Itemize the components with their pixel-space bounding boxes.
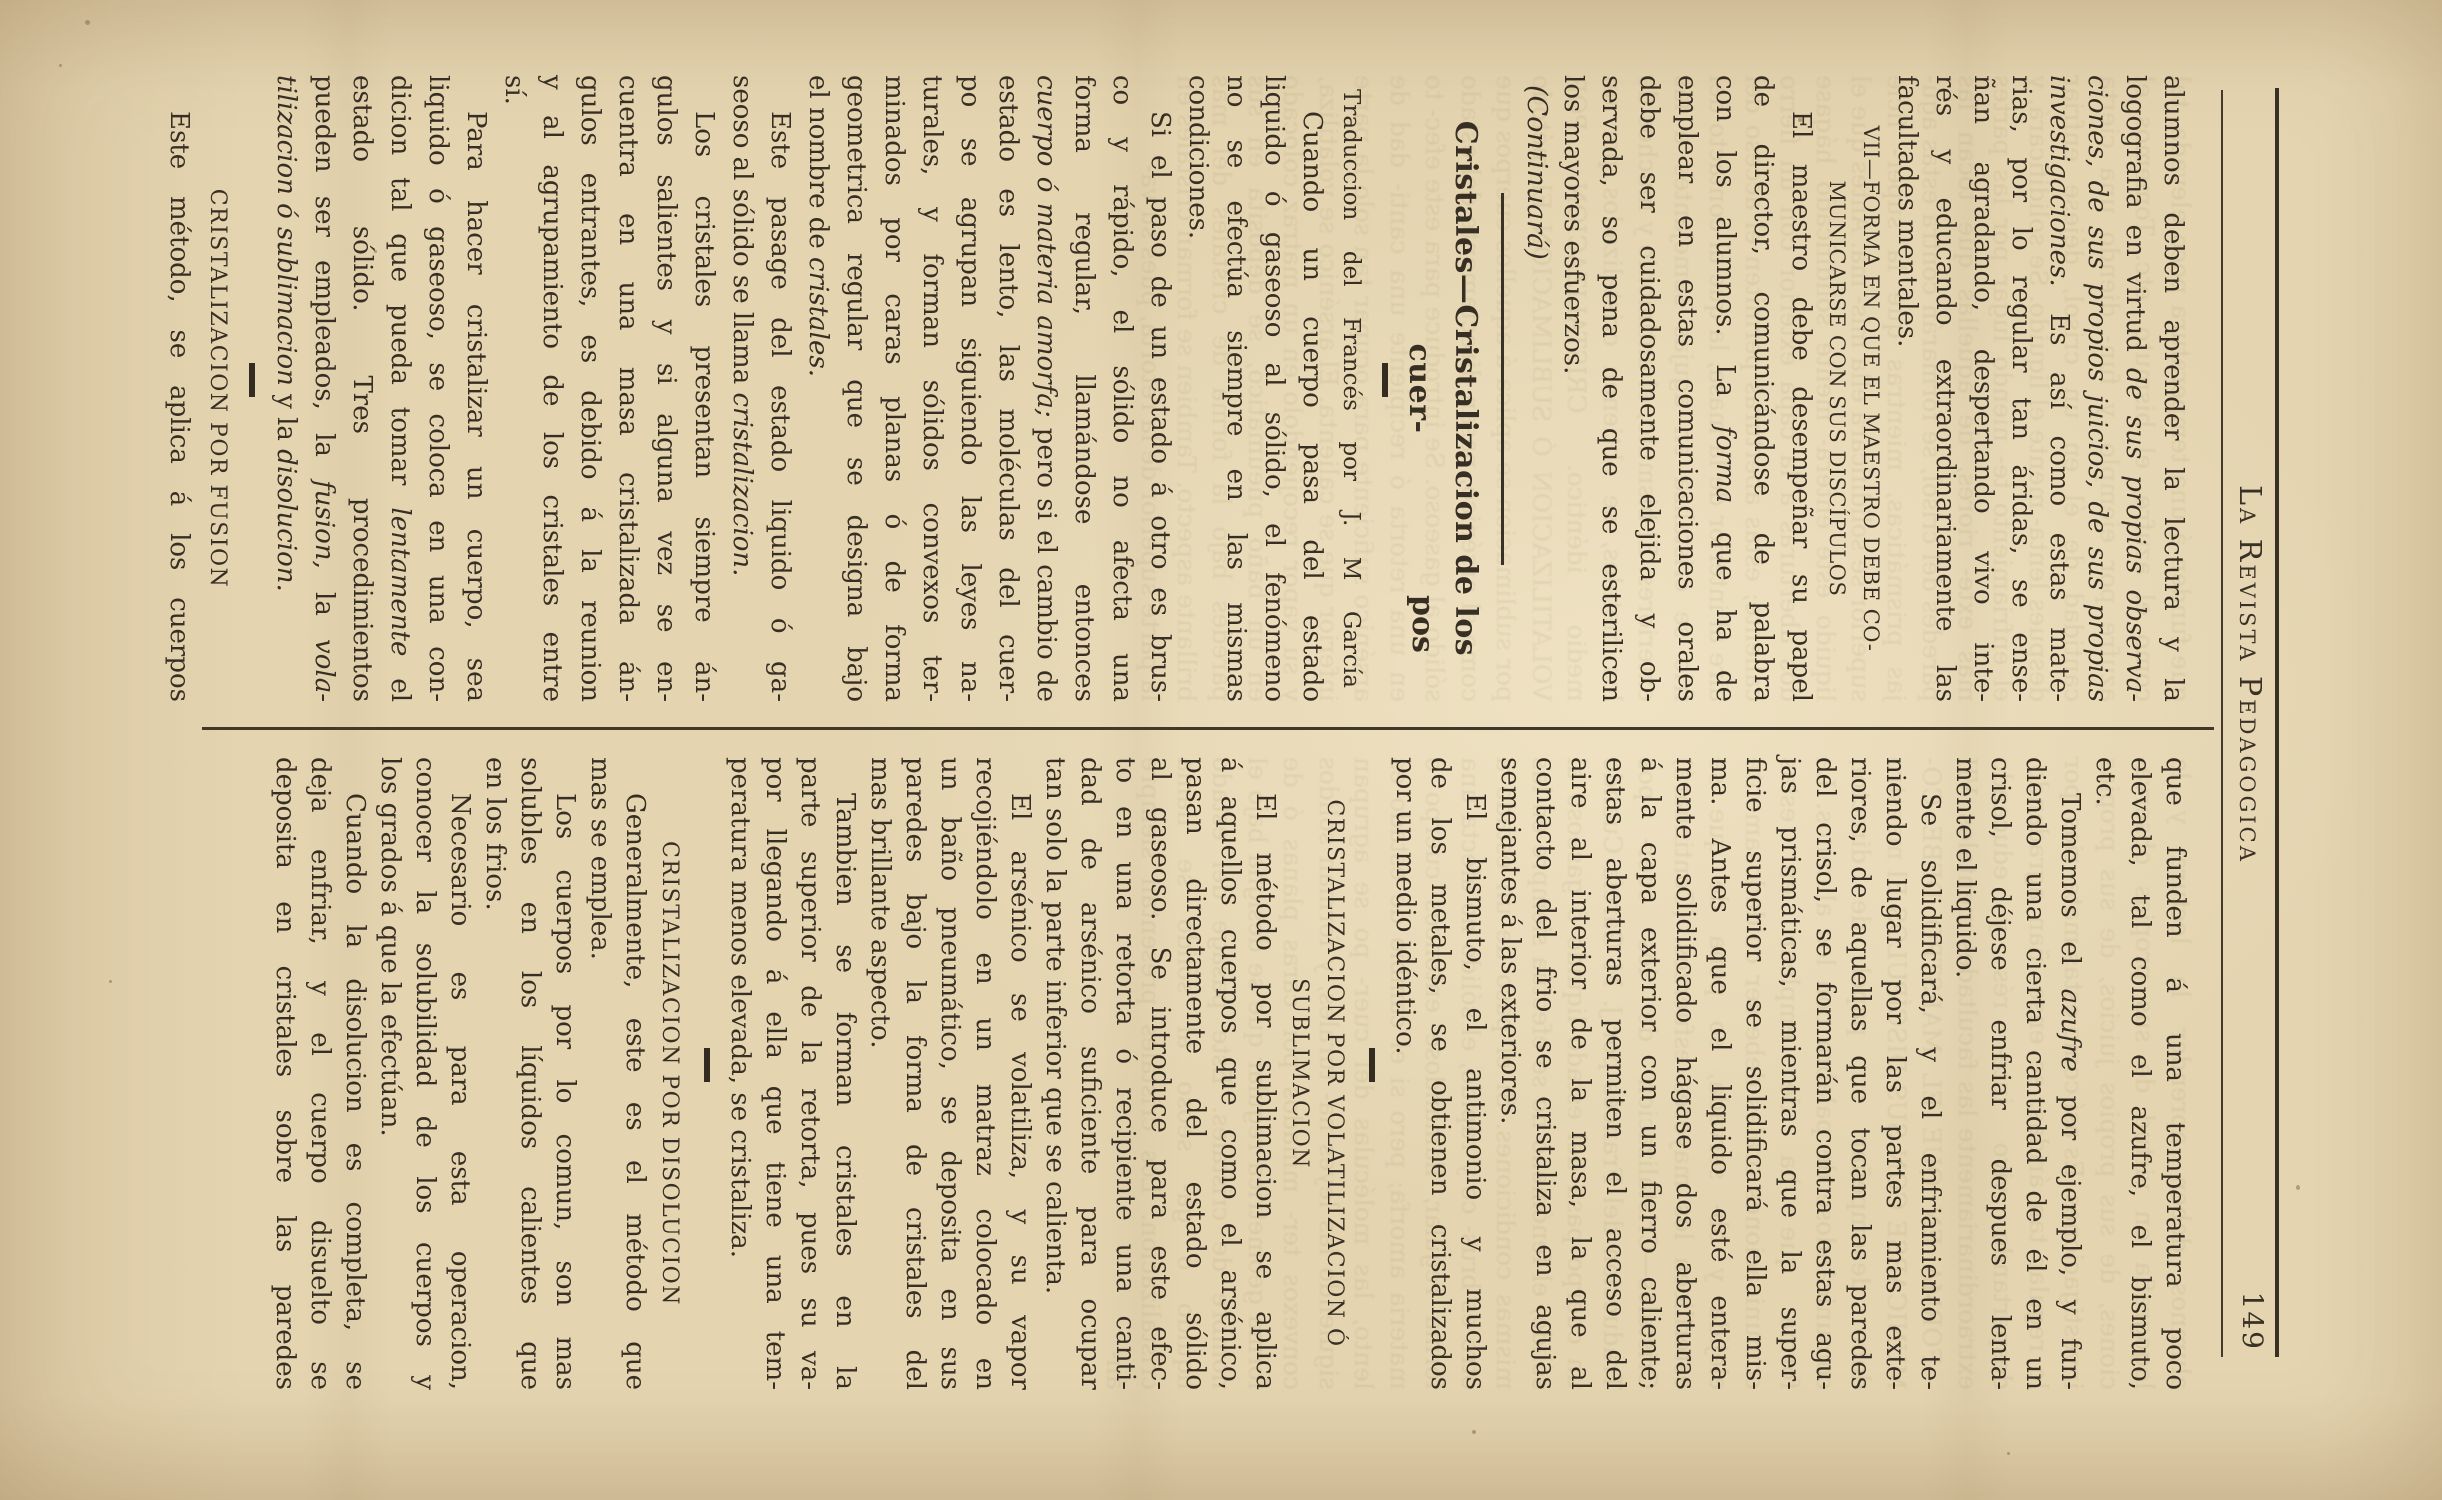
text-line: co y rápido, el sólido no afecta una — [1103, 75, 1141, 702]
section-dash — [1352, 757, 1387, 1390]
text-line: dad de arsénico suficiente para ocupar — [1072, 757, 1107, 1390]
text-line: Los cuerpos por lo comun, son mas — [547, 757, 582, 1390]
column-left: que funden á una temperatura poco elevad… — [160, 75, 2192, 702]
text-line: cuerpo ó materia amorfa; pero si el camb… — [1027, 75, 1065, 702]
text-line: deposita en cristales sobre las paredes — [267, 757, 302, 1390]
text-line: rias, por lo regular tan áridas, se ense… — [2002, 75, 2040, 702]
text-line: servada, so pena de que se esterilicen — [1592, 75, 1630, 702]
text-line: Generalmente, este es el método que — [617, 757, 652, 1390]
paper-speck — [1472, 1430, 1476, 1434]
section-dash — [687, 757, 722, 1390]
text-line: elevada, tal como el azufre, el bismuto, — [2122, 757, 2157, 1390]
paper-speck — [85, 20, 90, 25]
column-right: alumnos deben aprender la lectura y la l… — [267, 757, 2192, 1390]
text-line: en los frios. — [477, 757, 512, 1390]
text-line: niendo lugar por las partes mas exte- — [1877, 757, 1912, 1390]
section-dash-bar — [1382, 363, 1388, 397]
text-line: El método por sublimacion se aplica — [1247, 757, 1282, 1390]
text-line: dicion tal que pueda tomar lentamente el — [381, 75, 419, 702]
section-heading: CRISTALIZACION POR FUSION — [198, 75, 236, 702]
text-line: El maestro debe desempeñar su papel — [1782, 75, 1820, 702]
article-title: Cristales—Cristalizacion de los cuer- — [1440, 75, 1488, 702]
text-line: con los alumnos. La forma que ha de — [1706, 75, 1744, 702]
text-line: po se agrupan siguiendo las leyes na- — [951, 75, 989, 702]
text-line: alumnos deben aprender la lectura y la — [2154, 75, 2192, 702]
text-line: debe ser cuidadosamente elejida y ob- — [1630, 75, 1668, 702]
paper-speck — [109, 980, 112, 983]
text-line: aire al interior de la masa, la que al — [1562, 757, 1597, 1390]
text-line: Este pasage del estado liquido ó ga- — [761, 75, 799, 702]
scanned-journal-page: La Revista Pedagogica 149 que funden á u… — [0, 0, 2442, 1500]
separator-rule-bar — [1501, 193, 1504, 565]
text-line: jas prismáticas, mientras que la super- — [1772, 757, 1807, 1390]
text-line: Este método, se aplica á los cuerpos — [160, 75, 198, 702]
text-line: deja enfriar, y el cuerpo disuelto se — [302, 757, 337, 1390]
text-line: un baño pneumático, se deposita en sus — [932, 757, 967, 1390]
section-heading: VII—FORMA EN QUE EL MAESTRO DEBE CO- — [1854, 75, 1888, 702]
text-line: peratura menos elevada, se cristaliza. — [722, 757, 757, 1390]
text-line: facultades mentales. — [1888, 75, 1926, 702]
text-line: contacto del frio se cristaliza en aguja… — [1527, 757, 1562, 1390]
text-line: mente el liquido. — [1947, 757, 1982, 1390]
text-line: Tambien se forman cristales en la — [827, 757, 862, 1390]
text-line: el nombre de cristales. — [799, 75, 837, 702]
column-right-lines: que funden á una temperatura pocoelevada… — [267, 757, 2192, 1390]
journal-title: La Revista Pedagogica — [2233, 485, 2268, 864]
text-line: mas se emplea. — [582, 757, 617, 1390]
text-line: minados por caras planas ó de forma — [875, 75, 913, 702]
text-line: de director, comunicándose de palabra — [1744, 75, 1782, 702]
text-line: liquido ó gaseoso, se coloca en una con- — [419, 75, 457, 702]
text-line: ñan agradando, despertando vivo inte- — [1964, 75, 2002, 702]
text-line: pasan directamente del estado sólido — [1177, 757, 1212, 1390]
continuation-note: (Continuará) — [1518, 75, 1554, 702]
text-line: á la capa exterior con un fierro calient… — [1632, 757, 1667, 1390]
section-dash-bar — [249, 363, 255, 397]
text-line: los grados á que la efectúan. — [372, 757, 407, 1390]
text-line: y al agrupamiento de los cristales entre — [533, 75, 571, 702]
text-line: del crisol, se formarán contra estas agu… — [1807, 757, 1842, 1390]
text-line: tan solo la parte inferior que se calien… — [1037, 757, 1072, 1390]
text-line: que funden á una temperatura poco — [2157, 757, 2192, 1390]
text-line: parte superior de la retorta, pues su va… — [792, 757, 827, 1390]
text-line: Necesario es para esta operacion, — [442, 757, 477, 1390]
text-line: crisol, déjese enfriar despues lenta- — [1982, 757, 2017, 1390]
section-heading: CRISTALIZACION POR VOLATILIZACION Ó — [1317, 757, 1352, 1390]
text-line: conocer la solubilidad de los cuerpos y — [407, 757, 442, 1390]
text-line: Los cristales presentan siempre án- — [685, 75, 723, 702]
paper-speck — [59, 64, 62, 67]
text-line: no se efectúa siempre en las mismas — [1217, 75, 1255, 702]
text-line: liquido ó gaseoso al sólido, el fenómeno — [1255, 75, 1293, 702]
paper-speck — [2296, 1185, 2300, 1190]
text-line: Cuando un cuerpo pasa del estado — [1293, 75, 1331, 702]
text-line: paredes bajo la forma de cristales del — [897, 757, 932, 1390]
text-line: geometrica regular que se designa bajo — [837, 75, 875, 702]
text-line: tilizacion ó sublimacion y la disolucion… — [267, 75, 305, 702]
column-left-lines: alumnos deben aprender la lectura y lalo… — [160, 75, 2192, 702]
text-line: al gaseoso. Se introduce para este efec- — [1142, 757, 1177, 1390]
separator-rule — [1488, 75, 1518, 702]
text-line: investigaciones. Es así como estas mate- — [2040, 75, 2078, 702]
text-line: riores, de aquellas que tocan las parede… — [1842, 757, 1877, 1390]
text-line: de los metales, se obtienen cristalizado… — [1422, 757, 1457, 1390]
running-head-rule-top — [2275, 88, 2279, 1357]
text-line: seoso al sólido se llama cristalizacion. — [723, 75, 761, 702]
section-heading: SUBLIMACION — [1282, 757, 1317, 1390]
text-line: gulos salientes y si alguna vez se en- — [647, 75, 685, 702]
text-line: Si el paso de un estado á otro es brus- — [1141, 75, 1179, 702]
text-line: El bismuto, el antimonio y muchos — [1457, 757, 1492, 1390]
text-line: mas brillante aspecto. — [862, 757, 897, 1390]
paper-speck — [2007, 1452, 2010, 1455]
text-line: diendo una cierta cantidad de él en un — [2017, 757, 2052, 1390]
text-line: gulos entrantes, es debido á la reunion — [571, 75, 609, 702]
text-line: Para hacer cristalizar un cuerpo, sea — [457, 75, 495, 702]
text-line: ficie superior se solidificará ella mis- — [1737, 757, 1772, 1390]
text-line: Tomemos el azufre por ejemplo, y fun- — [2052, 757, 2087, 1390]
text-line: mente solidificado hágase dos aberturas — [1667, 757, 1702, 1390]
text-line: pueden ser empleados, la fusion, la vola… — [305, 75, 343, 702]
page-number: 149 — [2236, 1292, 2269, 1351]
text-line: emplear en estas comunicaciones orales — [1668, 75, 1706, 702]
text-line: estas aberturas permiten el acceso del — [1597, 757, 1632, 1390]
text-line: Se solidificará, y el enfriamiento te- — [1912, 757, 1947, 1390]
text-line: El arsénico se volatiliza, y su vapor — [1002, 757, 1037, 1390]
section-dash — [236, 75, 267, 702]
text-line: solubles en los líquidos calientes que — [512, 757, 547, 1390]
running-head: La Revista Pedagogica 149 — [2225, 88, 2275, 1357]
section-heading: CRISTALIZACION POR DISOLUCION — [652, 757, 687, 1390]
section-heading: MUNICARSE CON SUS DISCÍPULOS — [1820, 75, 1854, 702]
page-rotated-90: La Revista Pedagogica 149 que funden á u… — [0, 0, 2442, 1500]
text-line: semejantes á las exteriores. — [1492, 757, 1527, 1390]
article-byline: Traduccion del Francés por J. M García — [1331, 75, 1369, 702]
section-dash — [1369, 75, 1400, 702]
section-dash-bar — [1369, 1048, 1375, 1082]
text-line: recojiéndolo en un matraz colocado en — [967, 757, 1002, 1390]
text-line: los mayores esfuerzos. — [1554, 75, 1592, 702]
section-dash-bar — [704, 1048, 710, 1082]
text-line: ciones, de sus propios juicios, de sus p… — [2078, 75, 2116, 702]
text-line: estado sólido. Tres procedimientos — [343, 75, 381, 702]
text-line: ma. Antes que el liquido esté entera- — [1702, 757, 1737, 1390]
text-line: to en una retorta ó recipiente una canti… — [1107, 757, 1142, 1390]
text-line: logografia en virtud de sus propias obse… — [2116, 75, 2154, 702]
text-line: etc. — [2087, 757, 2122, 1390]
text-line: por llegando á ella que tiene una tem- — [757, 757, 792, 1390]
text-line: estado es lento, las moléculas del cuer- — [989, 75, 1027, 702]
column-divider-rule — [202, 727, 2214, 730]
running-head-rule-bottom — [2221, 90, 2223, 1357]
text-line: cuentra en una masa cristalizada án- — [609, 75, 647, 702]
text-line: á aquellos cuerpos que como el arsénico, — [1212, 757, 1247, 1390]
text-line: condiciones. — [1179, 75, 1217, 702]
text-line: turales, y forman sólidos convexos ter- — [913, 75, 951, 702]
text-line: sí. — [495, 75, 533, 702]
text-line: forma regular, llamándose entonces — [1065, 75, 1103, 702]
text-line: rés y educando extraordinariamente las — [1926, 75, 1964, 702]
text-line: Cuando la disolucion es completa, se — [337, 757, 372, 1390]
text-line: por un medio idéntico. — [1387, 757, 1422, 1390]
